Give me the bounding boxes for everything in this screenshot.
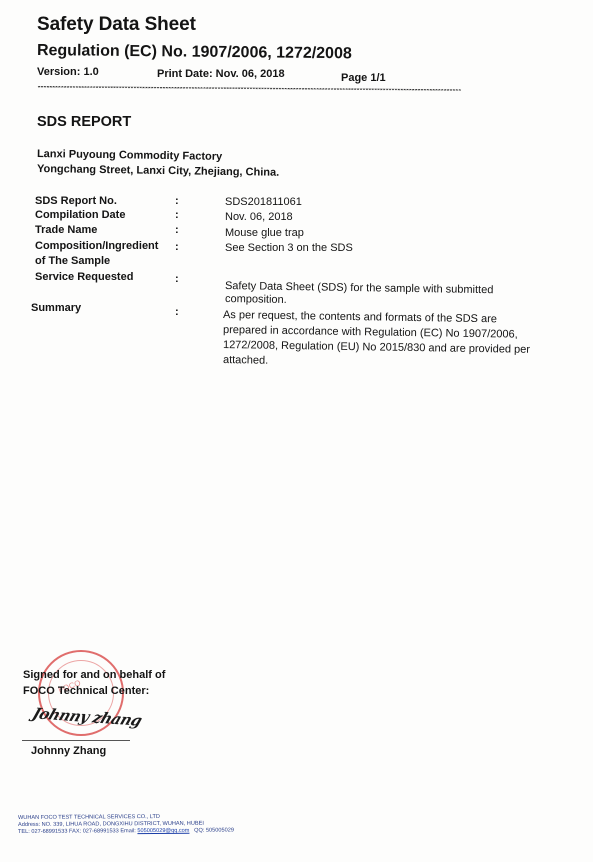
field-colon: :	[175, 306, 179, 318]
field-colon: :	[175, 273, 179, 285]
field-value-summary-line3: 1272/2008, Regulation (EU) No 2015/830 a…	[223, 339, 530, 356]
signed-line2: FOCO Technical Center:	[23, 683, 165, 699]
field-label-summary: Summary	[31, 302, 81, 314]
field-label-trade-name: Trade Name	[35, 224, 97, 236]
field-colon: :	[175, 241, 179, 253]
field-colon: :	[175, 224, 179, 236]
page-number: Page 1/1	[341, 72, 386, 84]
regulation-subtitle: Regulation (EC) No. 1907/2006, 1272/2008	[37, 42, 352, 63]
signer-name: Johnny Zhang	[31, 745, 106, 757]
footer-email-link[interactable]: 505005029@qq.com	[137, 828, 189, 834]
footer-company: WUHAN FOCO TEST TECHNICAL SERVICES CO., …	[18, 814, 160, 821]
field-value-service-line2: composition.	[225, 293, 287, 306]
version-label: Version: 1.0	[37, 66, 99, 78]
company-address: Yongchang Street, Lanxi City, Zhejiang, …	[37, 163, 279, 179]
print-date: Print Date: Nov. 06, 2018	[157, 68, 285, 80]
signed-line1: Signed for and on behalf of	[23, 667, 165, 683]
field-label-service-requested: Service Requested	[35, 271, 133, 283]
handwritten-signature: Johnny zhang	[30, 704, 144, 729]
field-colon: :	[175, 209, 179, 221]
section-heading: SDS REPORT	[37, 114, 131, 130]
field-colon: :	[175, 195, 179, 207]
field-value-trade-name: Mouse glue trap	[225, 227, 304, 239]
field-value-summary-line1: As per request, the contents and formats…	[223, 309, 497, 325]
field-label-composition: Composition/Ingredient	[35, 240, 158, 252]
field-label-report-no: SDS Report No.	[35, 195, 117, 207]
field-value-composition: See Section 3 on the SDS	[225, 242, 353, 254]
field-value-summary-line2: prepared in accordance with Regulation (…	[223, 324, 518, 341]
document-title: Safety Data Sheet	[37, 14, 196, 36]
signature-line	[22, 740, 130, 741]
field-label-compilation-date: Compilation Date	[35, 209, 125, 221]
footer-tel-fax: TEL: 027-68991533 FAX: 027-68991533 Emai…	[18, 828, 137, 835]
field-value-report-no: SDS201811061	[225, 196, 302, 208]
field-label-composition-line2: of The Sample	[35, 255, 110, 267]
signed-on-behalf: Signed for and on behalf of FOCO Technic…	[23, 667, 165, 699]
footer-contact: TEL: 027-68991533 FAX: 027-68991533 Emai…	[18, 827, 234, 835]
asterisk-separator: ****************************************…	[37, 86, 552, 96]
company-name: Lanxi Puyoung Commodity Factory	[37, 148, 222, 163]
footer-qq: QQ: 505005029	[194, 827, 234, 833]
field-value-summary-line4: attached.	[223, 354, 268, 367]
field-value-compilation-date: Nov. 06, 2018	[225, 211, 293, 223]
